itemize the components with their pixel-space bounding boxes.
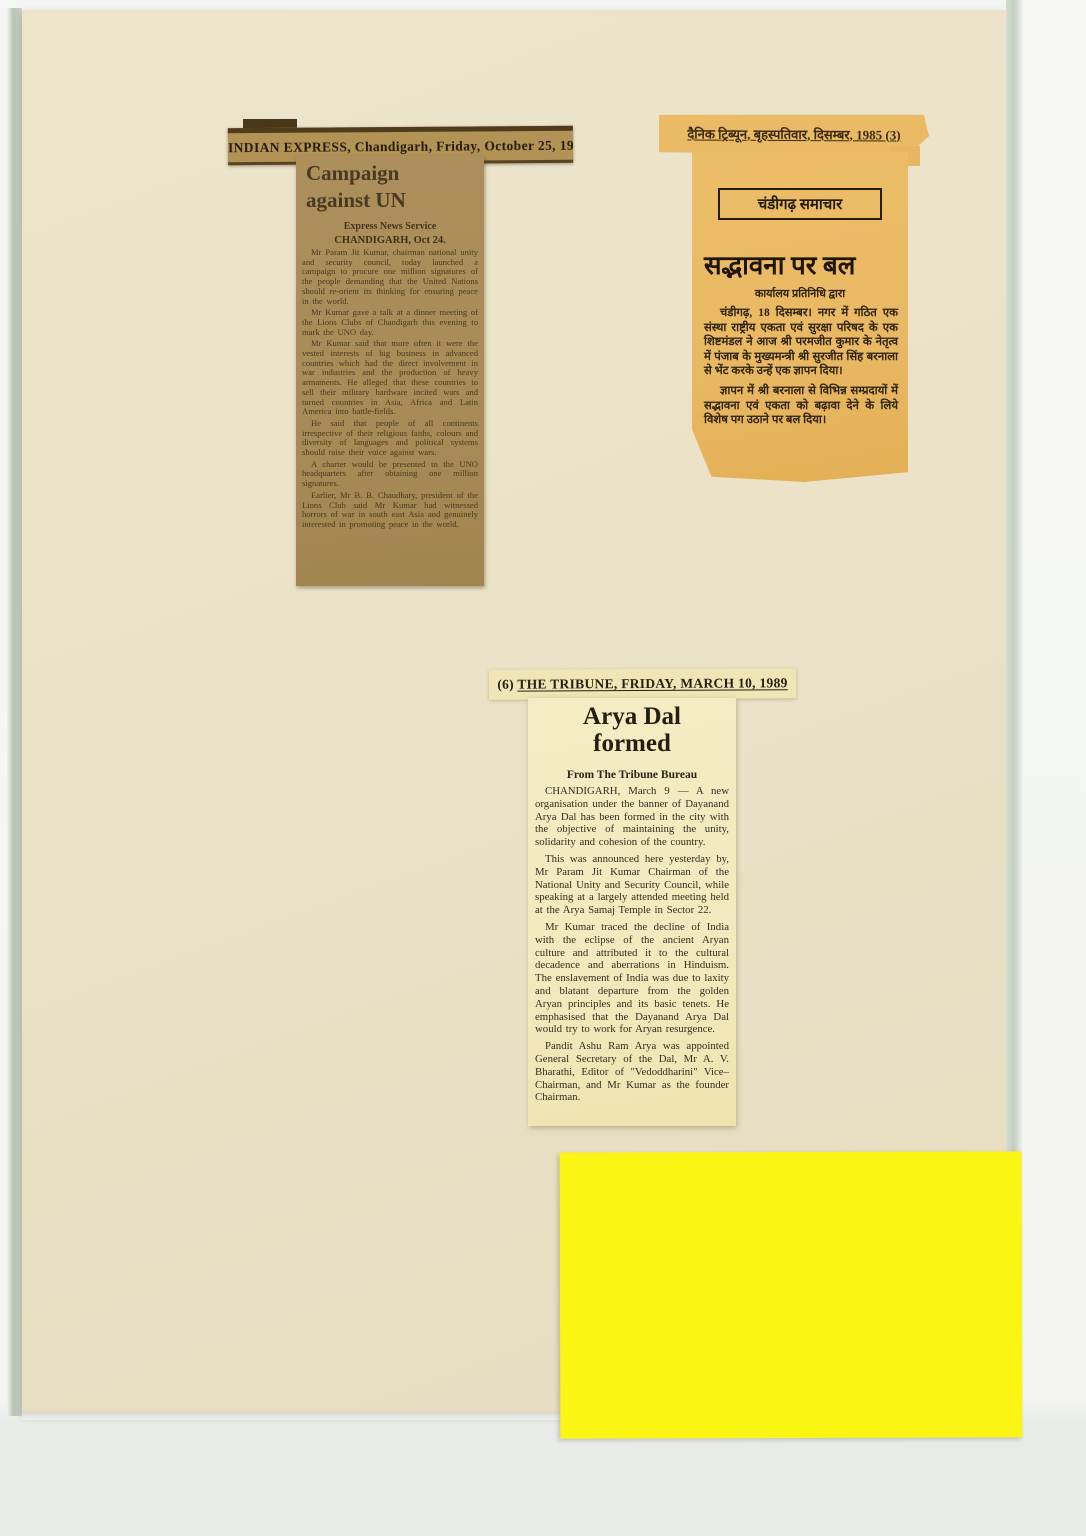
clipping-dainik-tribune: चंडीगढ़ समाचार सद्भावना पर बल कार्यालय प… (692, 152, 908, 482)
headline-line-2: against UN (306, 188, 406, 212)
article-paragraph: This was announced here yesterday by, Mr… (535, 853, 729, 917)
clipping-indian-express: Campaign against UN Express News Service… (296, 156, 484, 586)
section-label-box: चंडीगढ़ समाचार (718, 188, 882, 220)
article-paragraph: Mr Kumar said that more often it were th… (302, 339, 478, 417)
article-byline: कार्यालय प्रतिनिधि द्वारा (692, 286, 908, 301)
article-headline: सद्भावना पर बल (704, 246, 908, 282)
clipping-tribune: Arya Dal formed From The Tribune Bureau … (528, 698, 736, 1126)
article-headline: Campaign against UN (296, 156, 484, 214)
article-paragraph: Mr Kumar traced the decline of India wit… (535, 921, 729, 1036)
masthead-text: दैनिक ट्रिब्यून, बृहस्पतिवार, दिसम्बर, 1… (659, 124, 929, 143)
article-headline: Arya Dal formed (528, 698, 736, 757)
article-paragraph: He said that people of all continents ir… (302, 419, 478, 458)
article-paragraph: Earlier, Mr B. B. Chaudhary, president o… (302, 491, 478, 530)
clipping-dainik-tribune-masthead: दैनिक ट्रिब्यून, बृहस्पतिवार, दिसम्बर, 1… (659, 113, 929, 153)
article-paragraph: Mr Param Jit Kumar, chairman national un… (302, 248, 478, 306)
masthead-text: (6) THE TRIBUNE, FRIDAY, MARCH 10, 1989 (489, 675, 796, 693)
article-paragraph: चंडीगढ़, 18 दिसम्बर। नगर में गठित एक संस… (704, 306, 898, 379)
article-paragraph: Mr Kumar gave a talk at a dinner meeting… (302, 308, 478, 337)
article-byline: Express News Service (296, 221, 484, 232)
masthead-text: INDIAN EXPRESS, Chandigarh, Friday, Octo… (228, 137, 573, 155)
clipping-tribune-masthead: (6) THE TRIBUNE, FRIDAY, MARCH 10, 1989 (489, 668, 796, 700)
masthead-title: THE TRIBUNE, FRIDAY, MARCH 10, 1989 (517, 675, 787, 691)
page-binding-edge (7, 8, 22, 1416)
article-paragraph: ज्ञापन में श्री बरनाला से विभिन्न सम्प्र… (704, 384, 898, 428)
masthead-page-number: (6) (497, 677, 517, 692)
clipping-indian-express-torn-tab (243, 119, 297, 128)
article-paragraph: CHANDIGARH, March 9 — A new organisation… (535, 785, 729, 849)
article-paragraph: A charter would be presented to the UNO … (302, 460, 478, 489)
headline-line-2: formed (593, 730, 671, 757)
article-dateline: CHANDIGARH, Oct 24. (296, 235, 484, 246)
headline-line-1: Campaign (306, 161, 399, 185)
headline-line-1: Arya Dal (583, 703, 681, 730)
article-paragraph: Pandit Ashu Ram Arya was appointed Gener… (535, 1040, 729, 1104)
yellow-card (560, 1151, 1023, 1438)
article-byline: From The Tribune Bureau (528, 769, 736, 781)
